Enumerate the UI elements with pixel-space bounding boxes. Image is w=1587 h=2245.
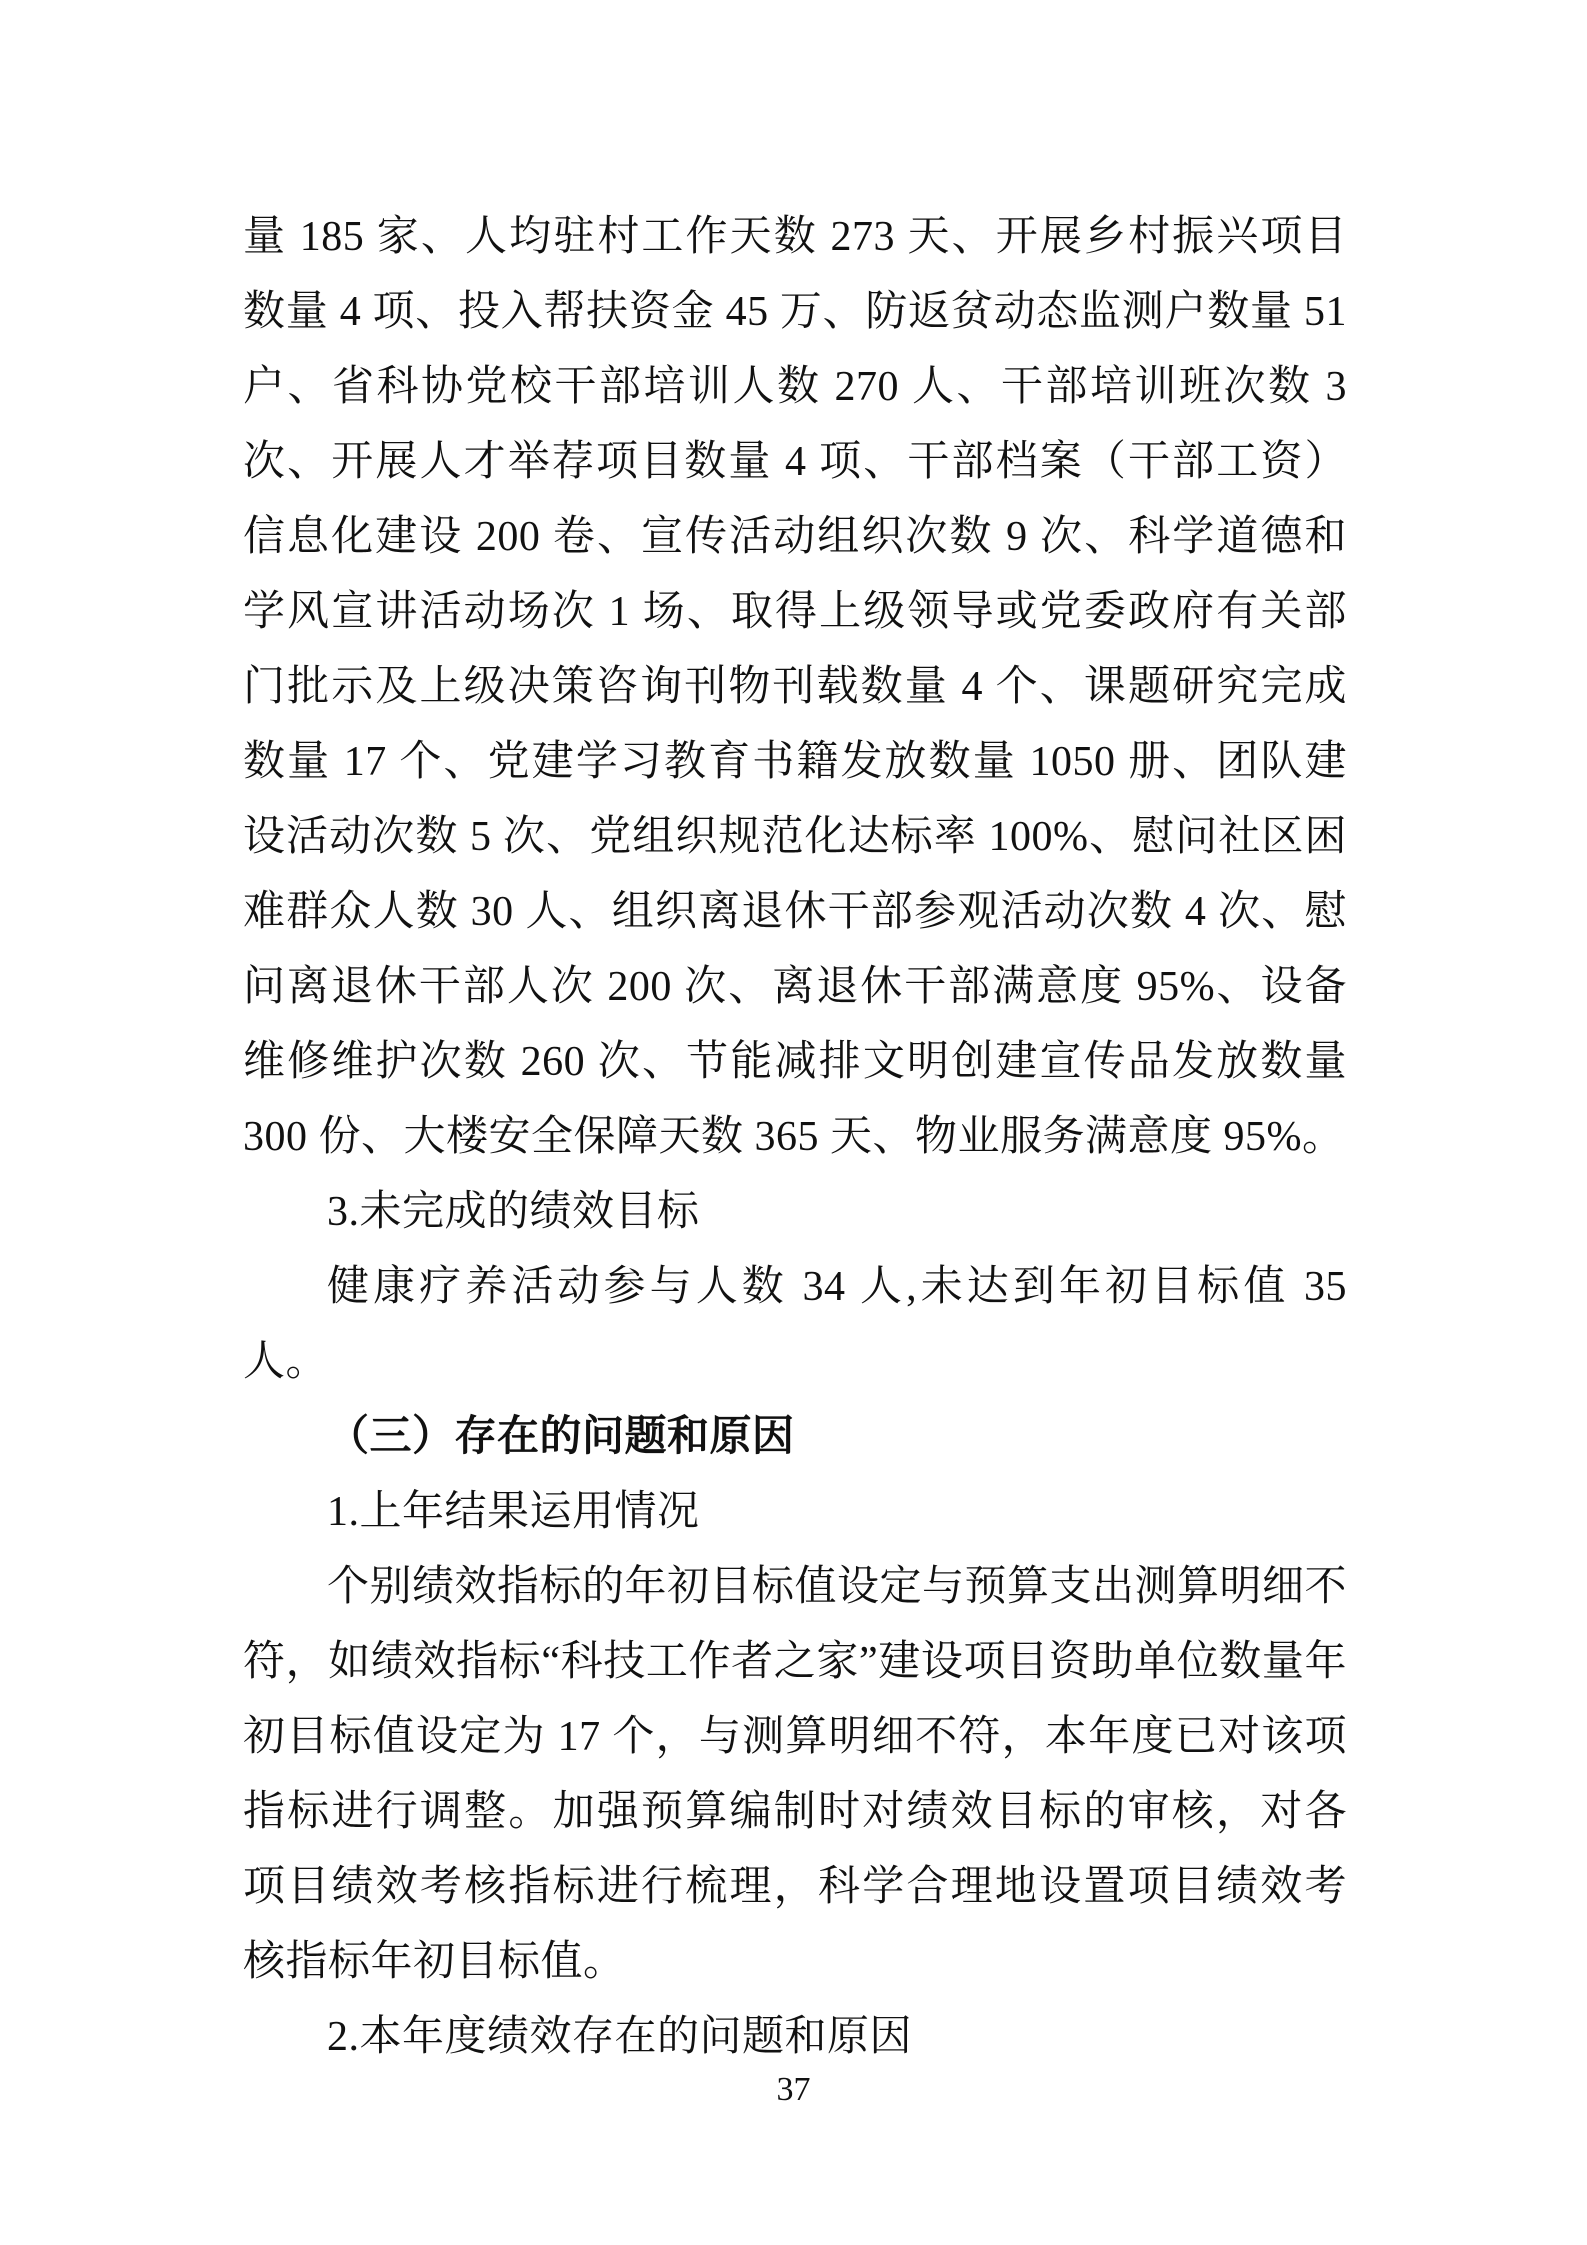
paragraph-p3-unfinished-goal-detail: 健康疗养活动参与人数 34 人,未达到年初目标值 35 人。 — [243, 1250, 1347, 1400]
document-text-block: 量 185 家、人均驻村工作天数 273 天、开展乡村振兴项目数量 4 项、投入… — [243, 200, 1347, 2075]
document-page: 量 185 家、人均驻村工作天数 273 天、开展乡村振兴项目数量 4 项、投入… — [0, 0, 1587, 2245]
paragraph-p7-subheading-current-year-problems: 2.本年度绩效存在的问题和原因 — [243, 2000, 1347, 2075]
paragraph-p6-prior-year-results-detail: 个别绩效指标的年初目标值设定与预算支出测算明细不符，如绩效指标“科技工作者之家”… — [243, 1550, 1347, 2000]
paragraph-p5-subheading-prior-year-results: 1.上年结果运用情况 — [243, 1475, 1347, 1550]
paragraph-p1-continued-indicator-list: 量 185 家、人均驻村工作天数 273 天、开展乡村振兴项目数量 4 项、投入… — [243, 200, 1347, 1175]
paragraph-p4-section-heading-problems-and-causes: （三）存在的问题和原因 — [243, 1400, 1347, 1475]
page-number: 37 — [0, 2070, 1587, 2110]
paragraph-p2-subheading-unfinished-goals: 3.未完成的绩效目标 — [243, 1175, 1347, 1250]
